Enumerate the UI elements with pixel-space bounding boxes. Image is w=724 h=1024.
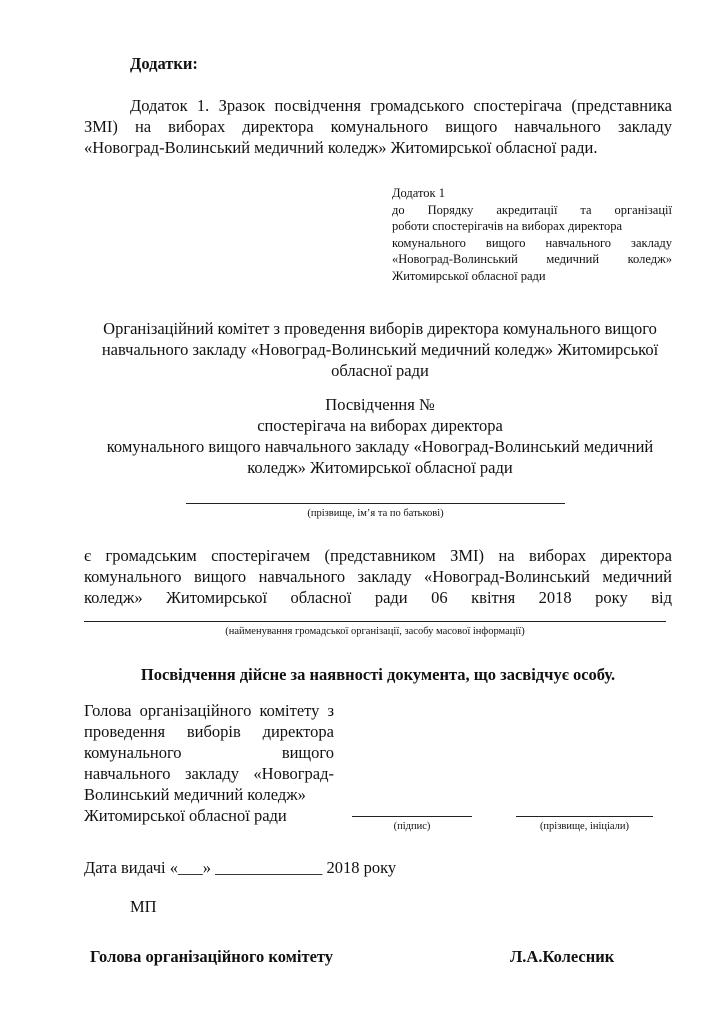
annex-header-line: «Новоград-Волинський медичний коледж» — [392, 251, 672, 268]
appendix-1-line: Додаток 1. Зразок посвідчення громадсько… — [84, 95, 672, 116]
signatory-name-field[interactable] — [516, 816, 653, 817]
appendix-1-description: Додаток 1. Зразок посвідчення громадсько… — [84, 95, 672, 158]
committee-title-line: навчального закладу «Новоград-Волинський… — [60, 339, 700, 360]
signature-field[interactable] — [352, 816, 472, 817]
committee-title: Організаційний комітет з проведення вибо… — [60, 318, 700, 381]
signatory-line: комунального вищого — [84, 742, 334, 763]
annex-header-line: роботи спостерігачів на виборах директор… — [392, 218, 672, 235]
organization-field[interactable] — [84, 621, 666, 622]
signatory-line: проведення виборів директора — [84, 721, 334, 742]
footer-chairman-name: Л.А.Колесник — [510, 946, 614, 967]
annex-header-line: комунального вищого навчального закладу — [392, 235, 672, 252]
validity-note: Посвідчення дійсне за наявності документ… — [84, 664, 672, 685]
footer-chairman-title: Голова організаційного комітету — [90, 946, 333, 967]
annex-header: Додаток 1 до Порядку акредитації та орга… — [392, 185, 672, 284]
signatory-line: Волинський медичний коледж» — [84, 784, 334, 805]
statement-line: комунального вищого навчального закладу … — [84, 566, 672, 587]
full-name-field[interactable] — [186, 503, 565, 504]
certificate-title: Посвідчення № спостерігача на виборах ди… — [60, 394, 700, 478]
committee-title-line: Організаційний комітет з проведення вибо… — [60, 318, 700, 339]
issue-date: Дата видачі «___» _____________ 2018 рок… — [84, 857, 396, 878]
stamp-placeholder: МП — [130, 896, 157, 917]
signatory-line: Житомирської обласної ради — [84, 805, 334, 826]
certificate-title-line: Посвідчення № — [60, 394, 700, 415]
certificate-title-line: спостерігача на виборах директора — [60, 415, 700, 436]
appendix-1-line: ЗМІ) на виборах директора комунального в… — [84, 116, 672, 137]
certificate-title-line: комунального вищого навчального закладу … — [60, 436, 700, 457]
statement-line: є громадським спостерігачем (представник… — [84, 545, 672, 566]
full-name-caption: (прізвище, ім’я та по батькові) — [186, 507, 565, 520]
annex-header-line: Додаток 1 — [392, 185, 672, 202]
appendices-heading: Додатки: — [130, 53, 198, 74]
signatory-line: Голова організаційного комітету з — [84, 700, 334, 721]
annex-header-line: до Порядку акредитації та організації — [392, 202, 672, 219]
statement-line: коледж» Житомирської обласної ради 06 кв… — [84, 587, 672, 608]
signatory-title: Голова організаційного комітету з провед… — [84, 700, 334, 826]
committee-title-line: обласної ради — [60, 360, 700, 381]
organization-caption: (найменування громадської організації, з… — [84, 625, 666, 638]
appendix-1-line: «Новоград-Волинський медичний коледж» Жи… — [84, 137, 672, 158]
signature-caption: (підпис) — [352, 820, 472, 833]
observer-statement: є громадським спостерігачем (представник… — [84, 545, 672, 608]
annex-header-line: Житомирської обласної ради — [392, 268, 672, 285]
certificate-title-line: коледж» Житомирської обласної ради — [60, 457, 700, 478]
signatory-line: навчального закладу «Новоград- — [84, 763, 334, 784]
signatory-name-caption: (прізвище, ініціали) — [516, 820, 653, 833]
